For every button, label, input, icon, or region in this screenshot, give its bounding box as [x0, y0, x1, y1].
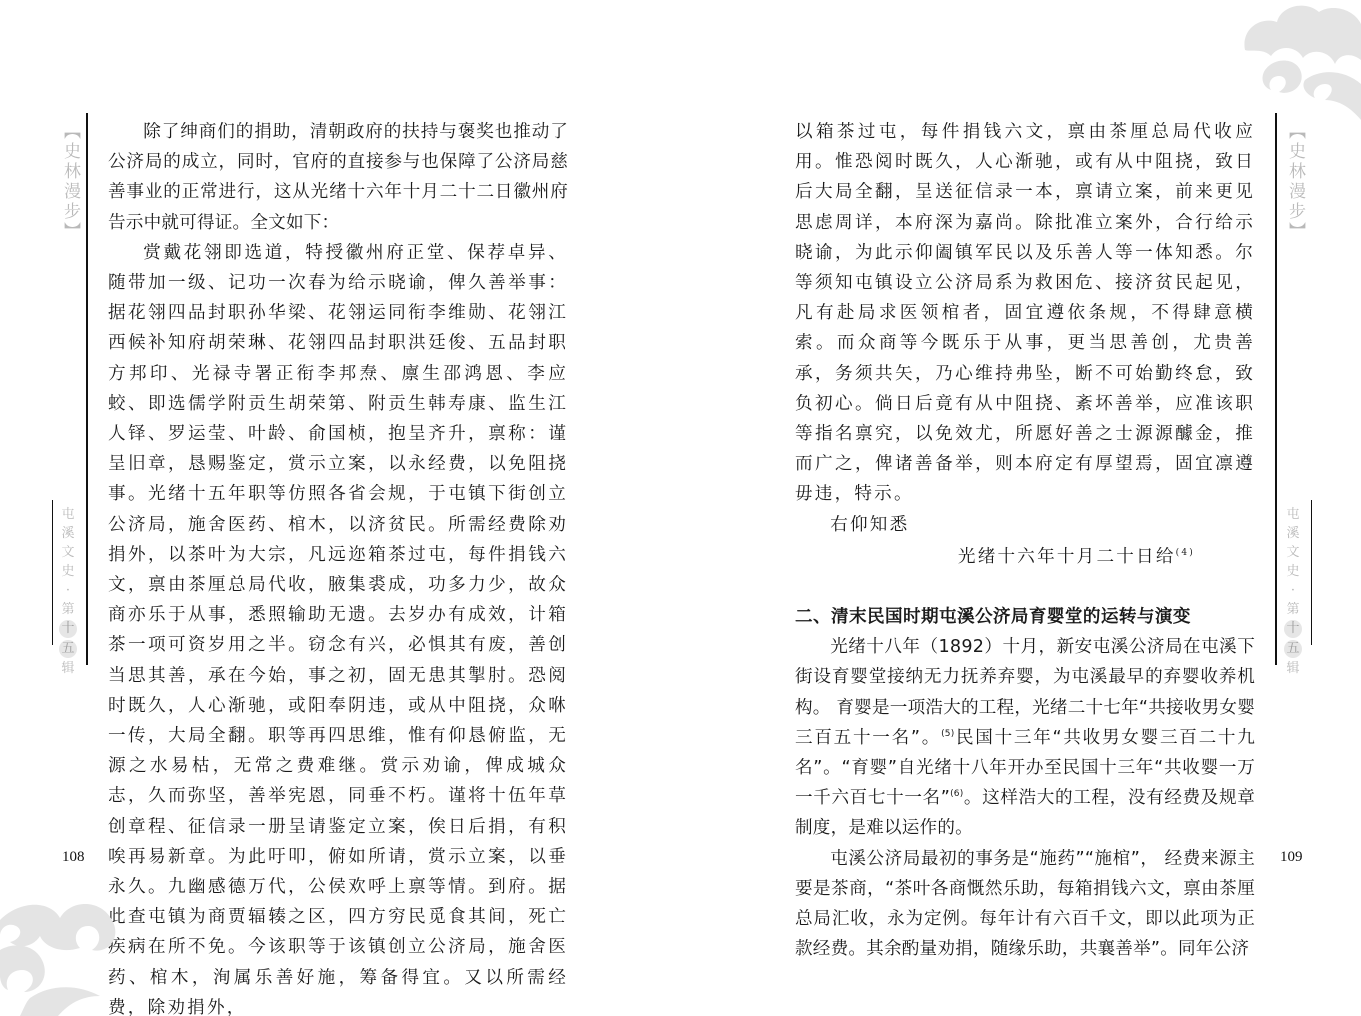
quoted-notice: 赏戴花翎即选道，特授徽州府正堂、保荐卓异、随带加一级、记功一次春为给示晓谕，俾久…: [108, 238, 568, 1016]
paragraph: 光绪十八年（1892）十月，新安屯溪公济局在屯溪下街设育婴堂接纳无力抚养弃婴，为…: [795, 632, 1255, 843]
series-char-circled: 十: [59, 620, 77, 638]
series-char: 文: [1283, 543, 1303, 562]
page-number: 109: [1280, 849, 1303, 866]
footnote-ref[interactable]: (5): [941, 729, 954, 739]
series-label: 屯 溪 文 史 · 第 十 五 辑: [1283, 505, 1303, 678]
margin-rule: [1275, 113, 1277, 665]
column-label: 【史林漫步】: [1283, 122, 1308, 242]
notice-closing: 右仰知悉: [795, 510, 1255, 540]
right-page: 【史林漫步】 屯 溪 文 史 · 第 十 五 辑 以箱茶过屯，每件捐钱六文，禀由…: [680, 0, 1361, 1016]
notice-signature: 光绪十六年十月二十日给(4): [795, 542, 1255, 572]
column-label: 【史林漫步】: [58, 122, 83, 242]
series-char: ·: [58, 581, 78, 600]
footnote-ref[interactable]: (6): [950, 789, 963, 799]
series-char: 屯: [1283, 505, 1303, 524]
page-number: 108: [62, 849, 85, 866]
series-char: 文: [58, 543, 78, 562]
left-page-body: 除了绅商们的捐助，清朝政府的扶持与褒奖也推动了公济局的成立，同时，官府的直接参与…: [108, 117, 568, 1016]
paragraph: 屯溪公济局最初的事务是“施药”“施棺”， 经费来源主要是茶商，“茶叶各商慨然乐助…: [795, 844, 1255, 965]
footnote-ref[interactable]: (4): [1176, 548, 1195, 558]
series-char: 史: [1283, 562, 1303, 581]
series-char-circled: 五: [1284, 640, 1302, 658]
series-char: ·: [1283, 581, 1303, 600]
quoted-notice-continued: 以箱茶过屯，每件捐钱六文，禀由茶厘总局代收应用。惟恐阅时既久，人心渐驰，或有从中…: [795, 117, 1255, 510]
signature-text: 光绪十六年十月二十日给: [958, 547, 1176, 567]
series-rule: [1311, 500, 1312, 645]
series-char: 屯: [58, 505, 78, 524]
series-char-circled: 五: [59, 640, 77, 658]
series-char: 辑: [1283, 659, 1303, 678]
section-heading: 二、清末民国时期屯溪公济局育婴堂的运转与演变: [795, 602, 1255, 632]
right-page-body: 以箱茶过屯，每件捐钱六文，禀由茶厘总局代收应用。惟恐阅时既久，人心渐驰，或有从中…: [795, 117, 1255, 964]
series-char: 溪: [58, 524, 78, 543]
series-char: 辑: [58, 659, 78, 678]
series-char-circled: 十: [1284, 620, 1302, 638]
paragraph: 除了绅商们的捐助，清朝政府的扶持与褒奖也推动了公济局的成立，同时，官府的直接参与…: [108, 117, 568, 238]
margin-rule: [86, 113, 88, 665]
series-char: 第: [58, 600, 78, 619]
series-char: 溪: [1283, 524, 1303, 543]
cloud-ornament-icon: [0, 880, 120, 1016]
series-char: 史: [58, 562, 78, 581]
cloud-ornament-icon: [1235, 0, 1361, 120]
series-label: 屯 溪 文 史 · 第 十 五 辑: [58, 505, 78, 678]
left-page: 【史林漫步】 屯 溪 文 史 · 第 十 五 辑 除了绅商们的捐助，清朝政府的扶…: [0, 0, 680, 1016]
series-rule: [52, 500, 53, 645]
series-char: 第: [1283, 600, 1303, 619]
